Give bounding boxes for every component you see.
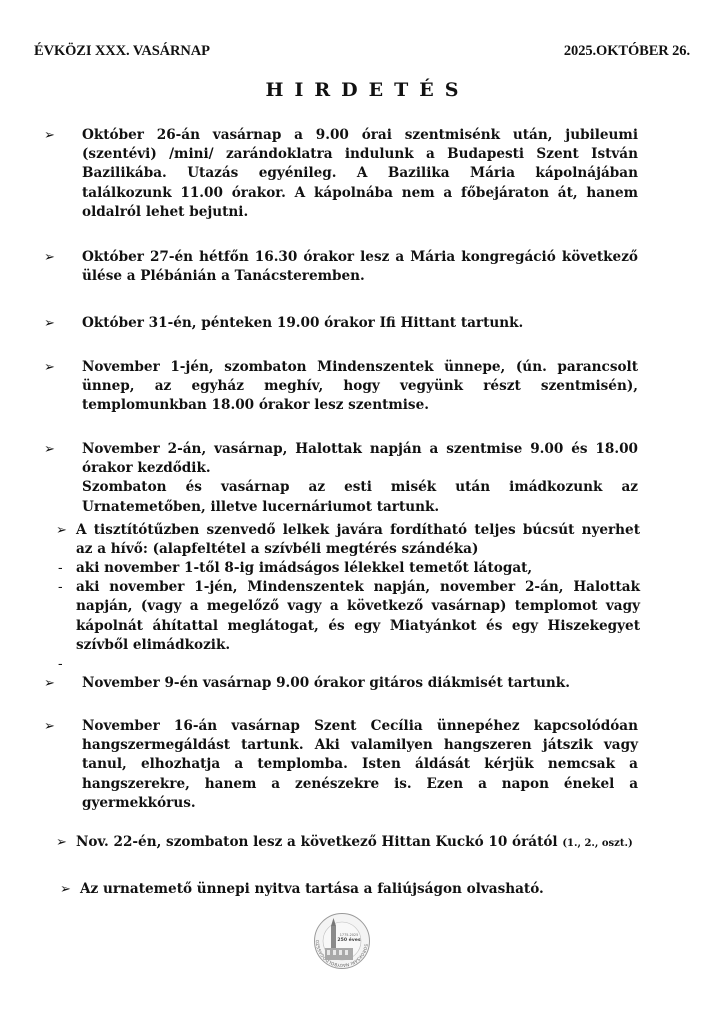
announcement-text-continued: Szombaton és vasárnap az esti misék után… (64, 478, 638, 516)
arrow-right-icon: ➢ (44, 440, 55, 459)
announcement-text: Nov. 22-én, szombaton lesz a következő H… (76, 834, 558, 850)
announcement-item: ➢ November 2-án, vasárnap, Halottak napj… (64, 440, 638, 517)
date: 2025.OKTÓBER 26. (564, 43, 690, 60)
announcement-text: Az urnatemető ünnepi nyitva tartása a fa… (62, 880, 636, 899)
condition-item: - aki november 1-től 8-ig imádságos léle… (58, 559, 640, 578)
arrow-right-icon: ➢ (44, 314, 55, 333)
page-title: HIRDETÉS (0, 79, 724, 101)
announcement-text: Október 31-én, pénteken 19.00 órakor Ifi… (64, 314, 638, 333)
arrow-right-icon: ➢ (44, 126, 55, 145)
announcement-item: ➢ Október 31-én, pénteken 19.00 órakor I… (64, 314, 638, 333)
announcement-item: ➢ November 1-jén, szombaton Mindenszente… (64, 358, 638, 416)
announcement-text: A tisztítótűzben szenvedő lelkek javára … (58, 521, 640, 559)
liturgical-day: ÉVKÖZI XXX. VASÁRNAP (34, 43, 210, 60)
condition-list: - aki november 1-től 8-ig imádságos léle… (58, 559, 640, 674)
announcement-item: ➢ Nov. 22-én, szombaton lesz a következő… (58, 833, 658, 853)
arrow-right-icon: ➢ (44, 717, 55, 736)
announcement-text: November 16-án vasárnap Szent Cecília ün… (64, 717, 638, 813)
condition-item-empty: - (58, 655, 640, 674)
svg-text:1775-2025: 1775-2025 (340, 933, 358, 937)
dash-marker: - (58, 655, 63, 674)
announcement-text: November 1-jén, szombaton Mindenszentek … (64, 358, 638, 416)
announcement-item: ➢ Október 26-án vasárnap a 9.00 órai sze… (64, 126, 638, 222)
arrow-right-icon: ➢ (60, 880, 71, 899)
announcement-item: ➢ November 9-én vasárnap 9.00 órakor git… (64, 674, 638, 693)
dash-marker: - (58, 559, 63, 578)
condition-item: - aki november 1-jén, Mindenszentek napj… (58, 578, 640, 655)
announcement-item: ➢ Október 27-én hétfőn 16.30 órakor lesz… (64, 248, 638, 286)
announcement-text: Október 27-én hétfőn 16.30 órakor lesz a… (64, 248, 638, 286)
page-header: ÉVKÖZI XXX. VASÁRNAP 2025.OKTÓBER 26. (34, 43, 690, 60)
svg-text:250 éves: 250 éves (337, 936, 360, 943)
church-anniversary-seal: SOROKSÁRI NAGYBOLDOGASSZONY TEMPLOM 1775… (313, 912, 371, 970)
announcement-text: November 2-án, vasárnap, Halottak napján… (64, 440, 638, 478)
arrow-right-icon: ➢ (44, 674, 55, 693)
arrow-right-icon: ➢ (56, 521, 67, 540)
seal-icon: SOROKSÁRI NAGYBOLDOGASSZONY TEMPLOM 1775… (313, 912, 371, 970)
arrow-right-icon: ➢ (44, 358, 55, 377)
announcement-item: ➢ November 16-án vasárnap Szent Cecília … (64, 717, 638, 813)
announcement-item: ➢ Az urnatemető ünnepi nyitva tartása a … (62, 880, 636, 899)
class-note: (1., 2., oszt.) (562, 838, 632, 849)
announcement-text: November 9-én vasárnap 9.00 órakor gitár… (64, 674, 638, 693)
arrow-right-icon: ➢ (56, 833, 67, 852)
announcement-item: ➢ A tisztítótűzben szenvedő lelkek javár… (58, 521, 640, 559)
arrow-right-icon: ➢ (44, 248, 55, 267)
dash-marker: - (58, 578, 63, 597)
announcement-text: Október 26-án vasárnap a 9.00 órai szent… (64, 126, 638, 222)
